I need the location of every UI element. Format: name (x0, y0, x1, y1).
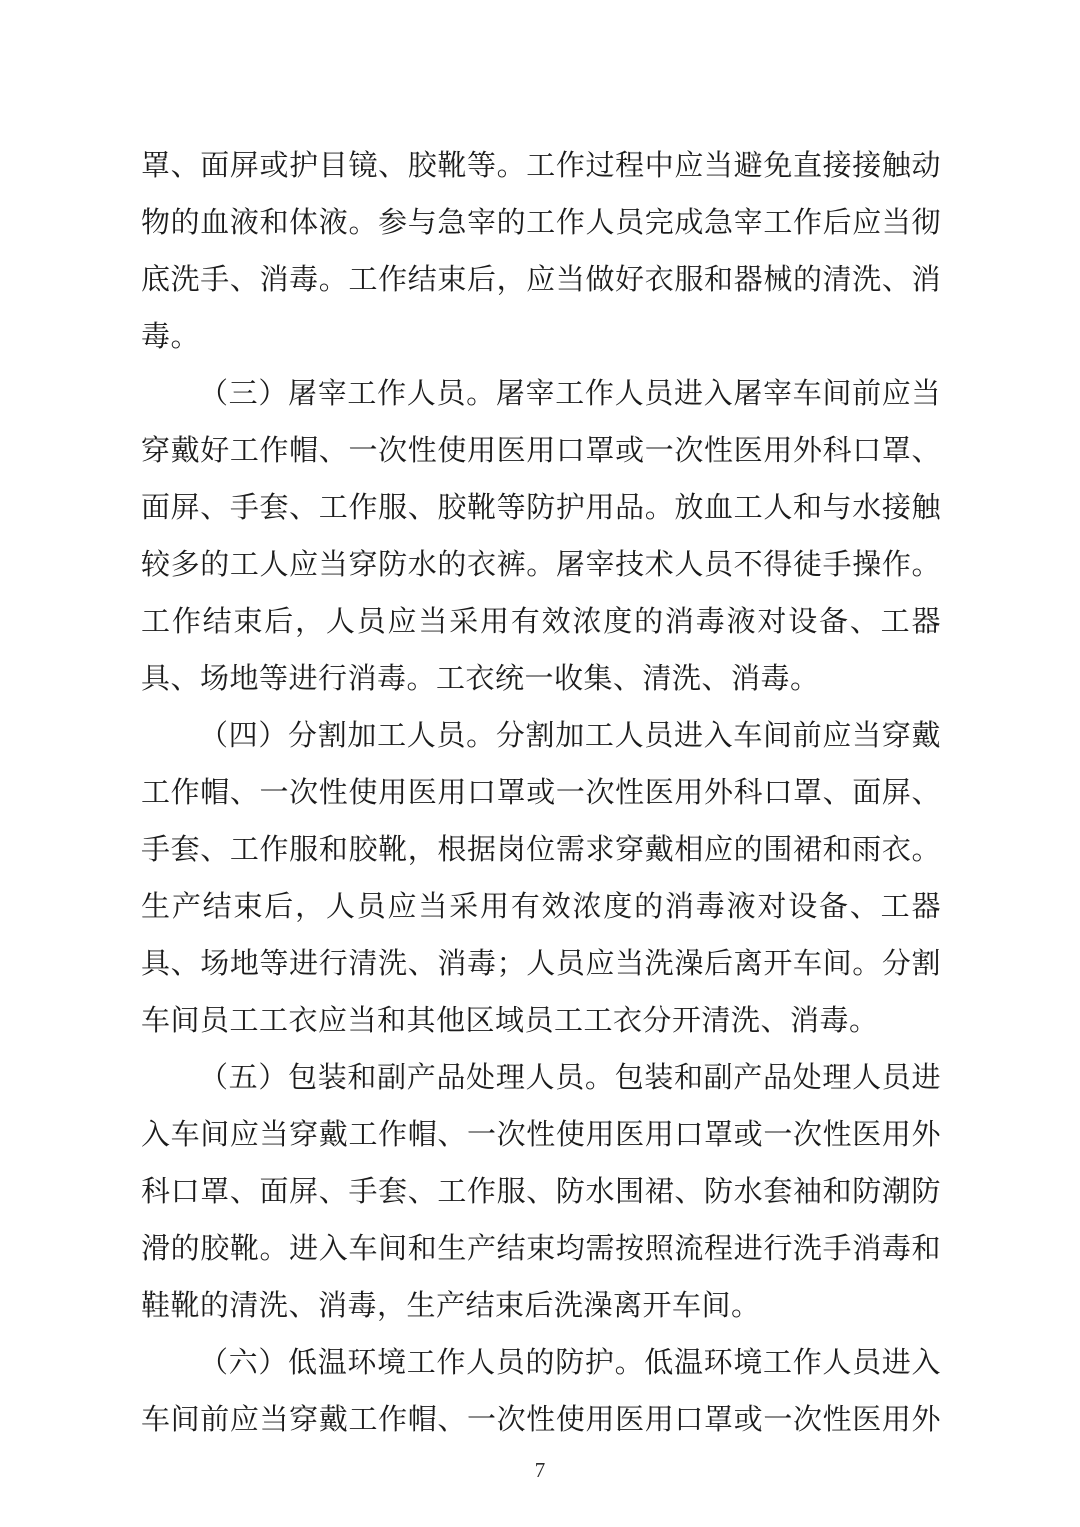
text-line: 入车间应当穿戴工作帽、一次性使用医用口罩或一次性医用外 (141, 1107, 941, 1164)
text-line: （三）屠宰工作人员。屠宰工作人员进入屠宰车间前应当 (141, 366, 941, 423)
text-line: 车间前应当穿戴工作帽、一次性使用医用口罩或一次性医用外 (141, 1392, 941, 1449)
text-line: （五）包装和副产品处理人员。包装和副产品处理人员进 (141, 1050, 941, 1107)
document-page: 罩、面屏或护目镜、胶靴等。工作过程中应当避免直接接触动物的血液和体液。参与急宰的… (0, 0, 1080, 1527)
text-line: 手套、工作服和胶靴，根据岗位需求穿戴相应的围裙和雨衣。 (141, 822, 941, 879)
text-line: 工作帽、一次性使用医用口罩或一次性医用外科口罩、面屏、 (141, 765, 941, 822)
text-line: 穿戴好工作帽、一次性使用医用口罩或一次性医用外科口罩、 (141, 423, 941, 480)
text-line: 具、场地等进行消毒。工衣统一收集、清洗、消毒。 (141, 651, 941, 708)
text-line: 具、场地等进行清洗、消毒；人员应当洗澡后离开车间。分割 (141, 936, 941, 993)
text-line: （六）低温环境工作人员的防护。低温环境工作人员进入 (141, 1335, 941, 1392)
text-line: （四）分割加工人员。分割加工人员进入车间前应当穿戴 (141, 708, 941, 765)
text-line: 科口罩、面屏、手套、工作服、防水围裙、防水套袖和防潮防 (141, 1164, 941, 1221)
text-line: 物的血液和体液。参与急宰的工作人员完成急宰工作后应当彻 (141, 195, 941, 252)
text-line: 罩、面屏或护目镜、胶靴等。工作过程中应当避免直接接触动 (141, 138, 941, 195)
text-line: 毒。 (141, 309, 941, 366)
text-line: 面屏、手套、工作服、胶靴等防护用品。放血工人和与水接触 (141, 480, 941, 537)
text-line: 鞋靴的清洗、消毒，生产结束后洗澡离开车间。 (141, 1278, 941, 1335)
text-line: 车间员工工衣应当和其他区域员工工衣分开清洗、消毒。 (141, 993, 941, 1050)
text-line: 底洗手、消毒。工作结束后，应当做好衣服和器械的清洗、消 (141, 252, 941, 309)
text-line: 工作结束后，人员应当采用有效浓度的消毒液对设备、工器 (141, 594, 941, 651)
text-line: 较多的工人应当穿防水的衣裤。屠宰技术人员不得徒手操作。 (141, 537, 941, 594)
text-line: 滑的胶靴。进入车间和生产结束均需按照流程进行洗手消毒和 (141, 1221, 941, 1278)
text-line: 生产结束后，人员应当采用有效浓度的消毒液对设备、工器 (141, 879, 941, 936)
page-number: 7 (0, 1458, 1080, 1483)
document-text-block: 罩、面屏或护目镜、胶靴等。工作过程中应当避免直接接触动物的血液和体液。参与急宰的… (141, 138, 941, 1449)
